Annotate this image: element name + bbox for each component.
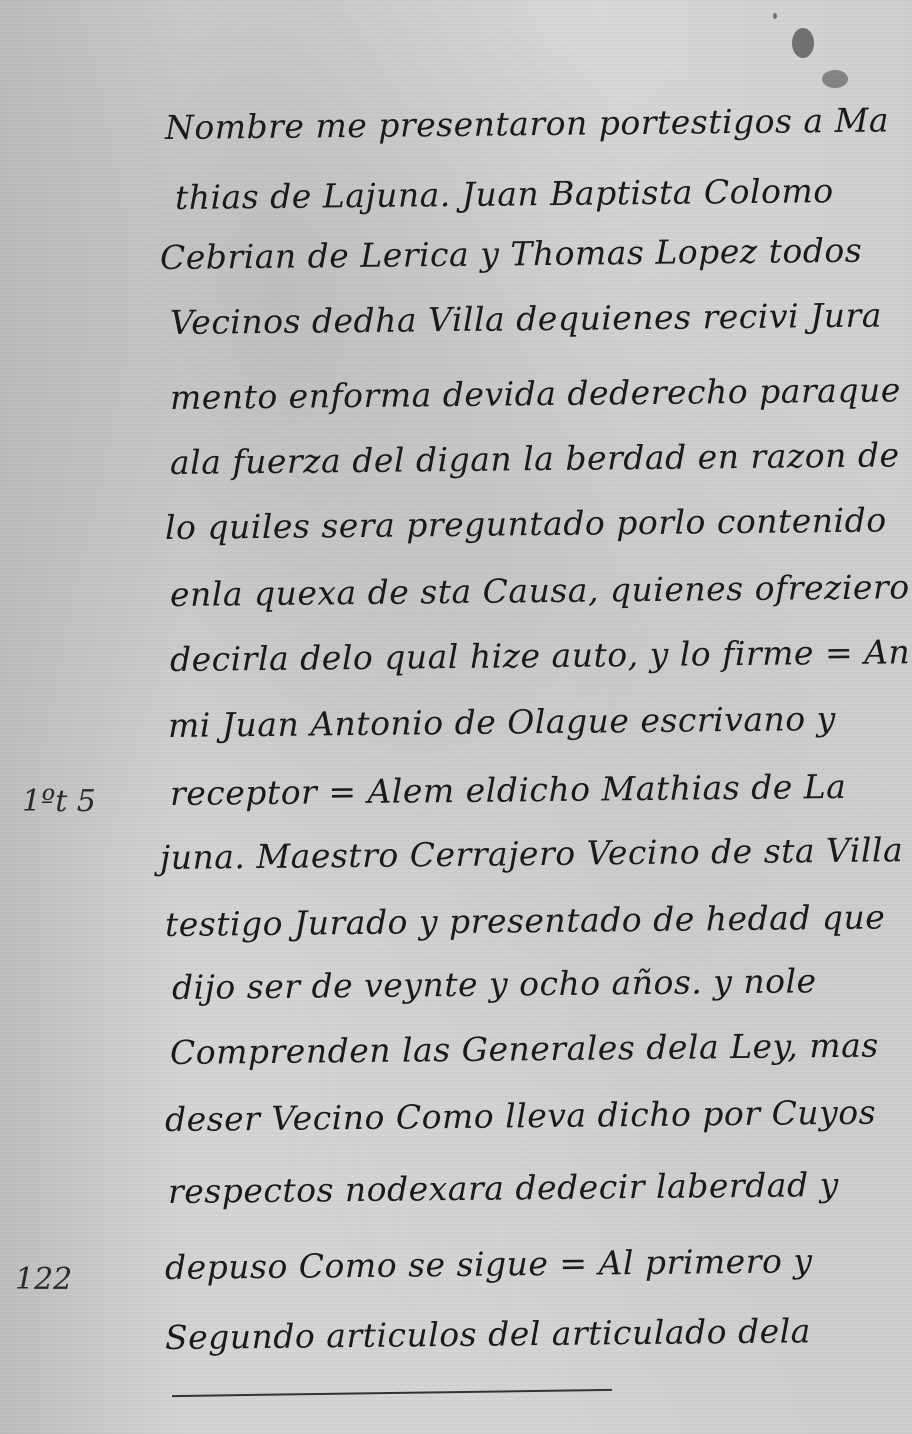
manuscript-page: Nombre me presentaron portestigos a Ma t… <box>0 0 912 1434</box>
text-line-1: Nombre me presentaron portestigos a Ma <box>165 100 889 147</box>
margin-note: 1ºt 5 <box>22 784 96 819</box>
text-line-15: Comprenden las Generales dela Ley, mas <box>170 1026 879 1072</box>
text-line-17: respectos nodexara dedecir laberdad y <box>168 1165 839 1211</box>
text-line-5: mento enforma devida dederecho paraque <box>170 370 901 417</box>
text-line-7: lo quiles sera preguntado porlo contenid… <box>165 500 887 547</box>
text-line-13: testigo Jurado y presentado de hedad que <box>165 897 886 944</box>
text-line-3: Cebrian de Lerica y Thomas Lopez todos <box>160 231 863 277</box>
text-line-12: juna. Maestro Cerrajero Vecino de sta Vi… <box>160 830 904 877</box>
text-line-19: Segundo articulos del articulado dela <box>165 1311 811 1357</box>
text-line-10: mi Juan Antonio de Olague escrivano y <box>168 699 836 745</box>
text-line-14: dijo ser de veynte y ocho años. y nole <box>172 961 817 1007</box>
text-line-6: ala fuerza del digan la berdad en razon … <box>170 435 900 482</box>
text-line-4: Vecinos dedha Villa dequienes recivi Jur… <box>170 296 882 342</box>
margin-folio-number: 122 <box>15 1262 72 1297</box>
text-line-9: decirla delo qual hize auto, y lo firme … <box>170 632 912 679</box>
text-line-8: enla quexa de sta Causa, quienes ofrezie… <box>170 567 912 614</box>
text-line-16: deser Vecino Como lleva dicho por Cuyos <box>165 1093 876 1139</box>
text-line-18: depuso Como se sigue = Al primero y <box>165 1241 813 1287</box>
ink-dot <box>773 13 777 19</box>
ink-stain <box>822 70 848 88</box>
text-line-11: receptor = Alem eldicho Mathias de La <box>170 767 847 813</box>
ink-stain <box>792 28 814 58</box>
text-line-2: thias de Lajuna. Juan Baptista Colomo <box>175 171 834 217</box>
closing-underline <box>172 1389 612 1397</box>
